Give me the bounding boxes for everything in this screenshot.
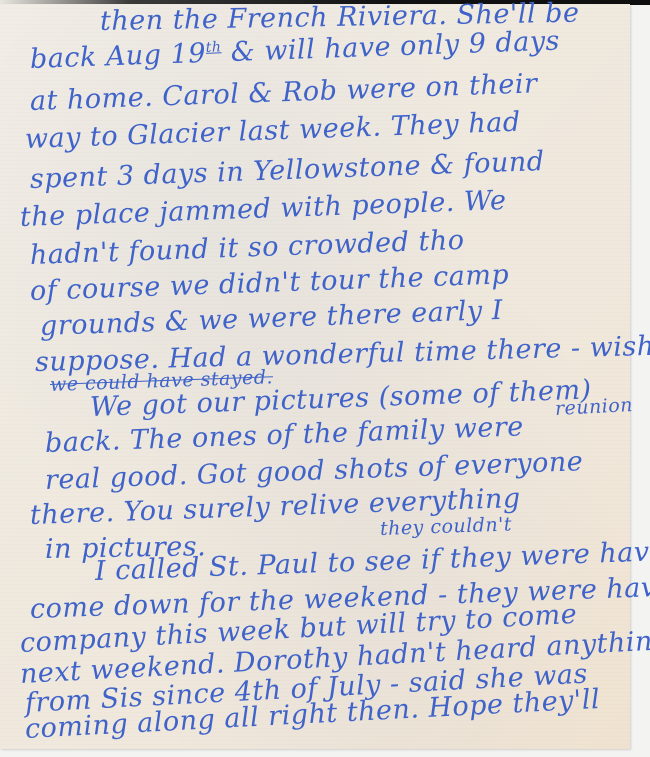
line-2-start: back Aug 19	[29, 38, 206, 75]
inserted-text-they-couldnt: they couldn't	[380, 513, 513, 540]
letter-page: then the French Riviera. She'll be back …	[0, 4, 630, 749]
scan-frame: then the French Riviera. She'll be back …	[0, 0, 650, 757]
inserted-word-reunion: reunion	[554, 394, 633, 420]
ordinal-superscript: th	[205, 39, 221, 56]
